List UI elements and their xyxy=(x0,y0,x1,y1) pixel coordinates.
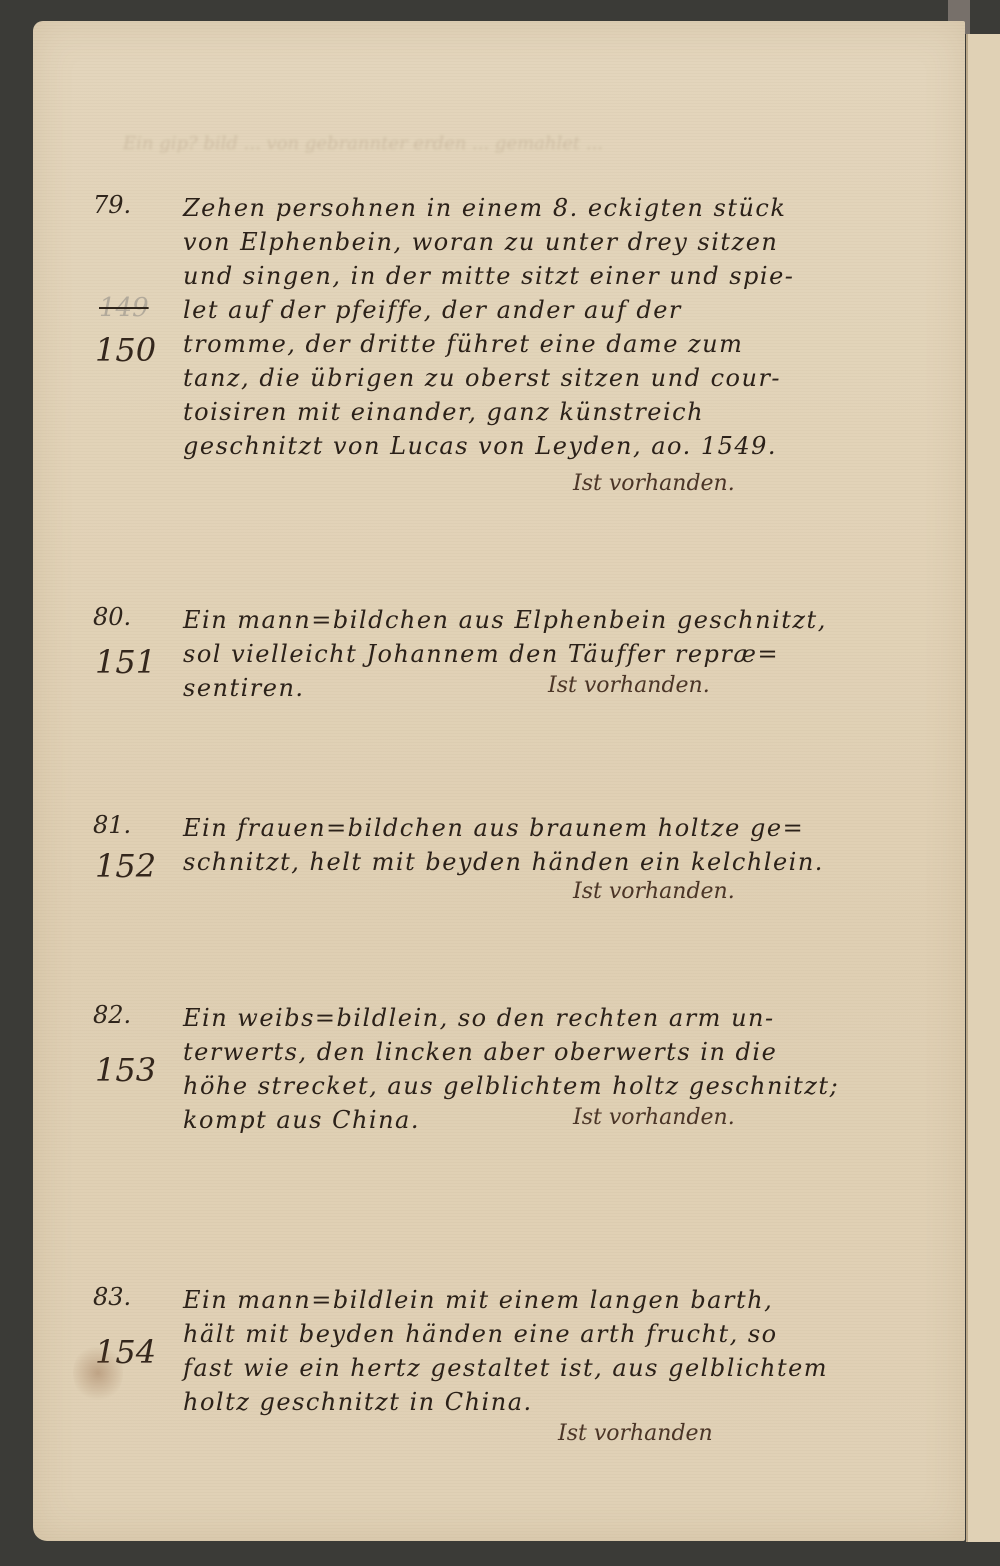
catalogue-number: 152 xyxy=(95,847,156,885)
entry-line: von Elphenbein, woran zu unter drey sitz… xyxy=(183,225,998,259)
entry-text: Zehen persohnen in einem 8. eckigten stü… xyxy=(183,191,998,463)
status-note: Ist vorhanden xyxy=(558,1421,713,1446)
status-note: Ist vorhanden. xyxy=(548,673,710,698)
entry-number: 83. xyxy=(93,1283,131,1311)
ink-stain xyxy=(73,1343,123,1403)
entry-number: 81. xyxy=(93,811,131,839)
status-note: Ist vorhanden. xyxy=(573,1105,735,1130)
entry-line: Ein frauen=bildchen aus braunem holtze g… xyxy=(183,811,998,845)
entry-line: toisiren mit einander, ganz künstreich xyxy=(183,395,998,429)
entry-line: Zehen persohnen in einem 8. eckigten stü… xyxy=(183,191,998,225)
status-note: Ist vorhanden. xyxy=(573,879,735,904)
entry-line: let auf der pfeiffe, der ander auf der xyxy=(183,293,998,327)
status-note: Ist vorhanden. xyxy=(573,471,735,496)
entry-number: 80. xyxy=(93,603,131,631)
entry-line: fast wie ein hertz gestaltet ist, aus ge… xyxy=(183,1351,998,1385)
entry-number: 82. xyxy=(93,1001,131,1029)
entry-line: und singen, in der mitte sitzt einer und… xyxy=(183,259,998,293)
entry-line: terwerts, den lincken aber oberwerts in … xyxy=(183,1035,998,1069)
entry-line: hält mit beyden händen eine arth frucht,… xyxy=(183,1317,998,1351)
entry-line: Ein mann=bildchen aus Elphenbein geschni… xyxy=(183,603,998,637)
entry-number: 79. xyxy=(93,191,131,219)
entry-line: tromme, der dritte führet eine dame zum xyxy=(183,327,998,361)
struck-catalogue-number: 149 xyxy=(99,293,149,323)
entry-line: geschnitzt von Lucas von Leyden, ao. 154… xyxy=(183,429,998,463)
entry-line: höhe strecket, aus gelblichtem holtz ges… xyxy=(183,1069,998,1103)
bleed-through-text: Ein gip? bild ... von gebrannter erden .… xyxy=(123,131,943,157)
manuscript-page: Ein gip? bild ... von gebrannter erden .… xyxy=(33,21,965,1541)
catalogue-number: 150 xyxy=(95,331,156,369)
entry-line: schnitzt, helt mit beyden händen ein kel… xyxy=(183,845,998,879)
entry-line: Ein weibs=bildlein, so den rechten arm u… xyxy=(183,1001,998,1035)
catalogue-number: 153 xyxy=(95,1051,156,1089)
entry-line: Ein mann=bildlein mit einem langen barth… xyxy=(183,1283,998,1317)
entry-text: Ein frauen=bildchen aus braunem holtze g… xyxy=(183,811,998,879)
entry-line: holtz geschnitzt in China. xyxy=(183,1385,998,1419)
catalogue-number: 151 xyxy=(95,643,156,681)
entry-line: sol vielleicht Johannem den Täuffer repr… xyxy=(183,637,998,671)
entry-line: tanz, die übrigen zu oberst sitzen und c… xyxy=(183,361,998,395)
entry-text: Ein mann=bildlein mit einem langen barth… xyxy=(183,1283,998,1419)
